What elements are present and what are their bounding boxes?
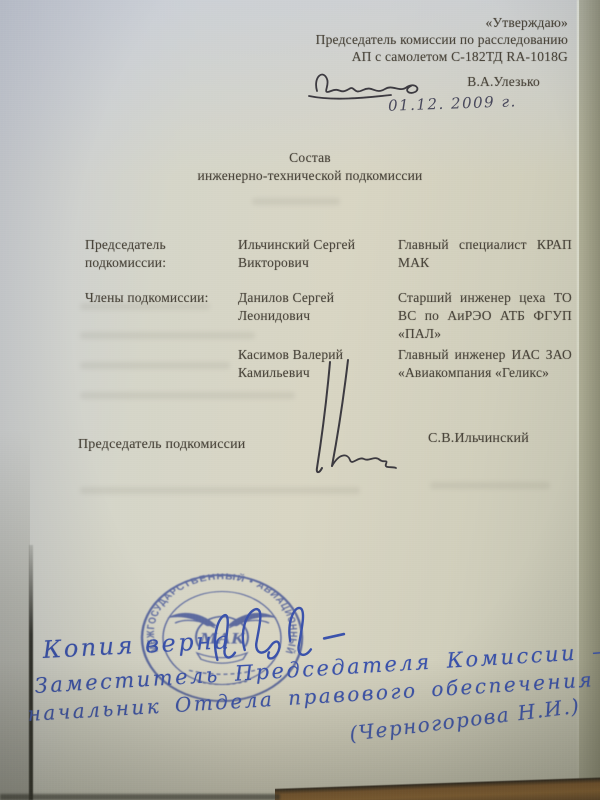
title-line-1: Состав [60,149,560,167]
commission-row-1-position: Главный специалист КРАП МАК [398,236,572,272]
bleed-through-line [80,362,230,369]
commission-row-2-role: Члены подкомиссии: [85,289,230,307]
commission-row-2-position: Старший инженер цеха ТО ВС по АиРЭО АТБ … [398,289,572,343]
signoff-label: Председатель подкомиссии [78,437,245,453]
bleed-through-line [80,392,295,399]
ilchinsky-signature [296,356,406,478]
bleed-through-line [80,332,255,339]
approval-signatory-name: В.А.Улезько [467,73,540,90]
title-line-2: инженерно-технической подкомиссии [60,167,560,185]
commission-row-1-name: Ильчинский Сергей Викторович [238,236,388,272]
commission-row-2-name: Данилов Сергей Леонидович [238,289,388,325]
bottom-shading [0,660,600,800]
signoff-name: С.В.Ильчинский [428,431,529,447]
bleed-through-line [252,198,340,205]
commission-row-3-position: Главный инженер ИАС ЗАО «Авиакомпания «Г… [398,346,572,382]
approval-word: «Утверждаю» [148,14,568,31]
commission-row-1-role: Председатель подкомиссии: [85,236,230,272]
bleed-through-line [80,487,360,494]
approval-aircraft-line: АП с самолетом С-182ТД RA-1018G [148,48,568,65]
bleed-through-line [430,482,550,489]
approval-title-line: Председатель комиссии по расследованию [148,31,568,48]
document-title: Состав инженерно-технической подкомиссии [60,149,560,184]
approval-block: «Утверждаю» Председатель комиссии по рас… [148,14,568,99]
